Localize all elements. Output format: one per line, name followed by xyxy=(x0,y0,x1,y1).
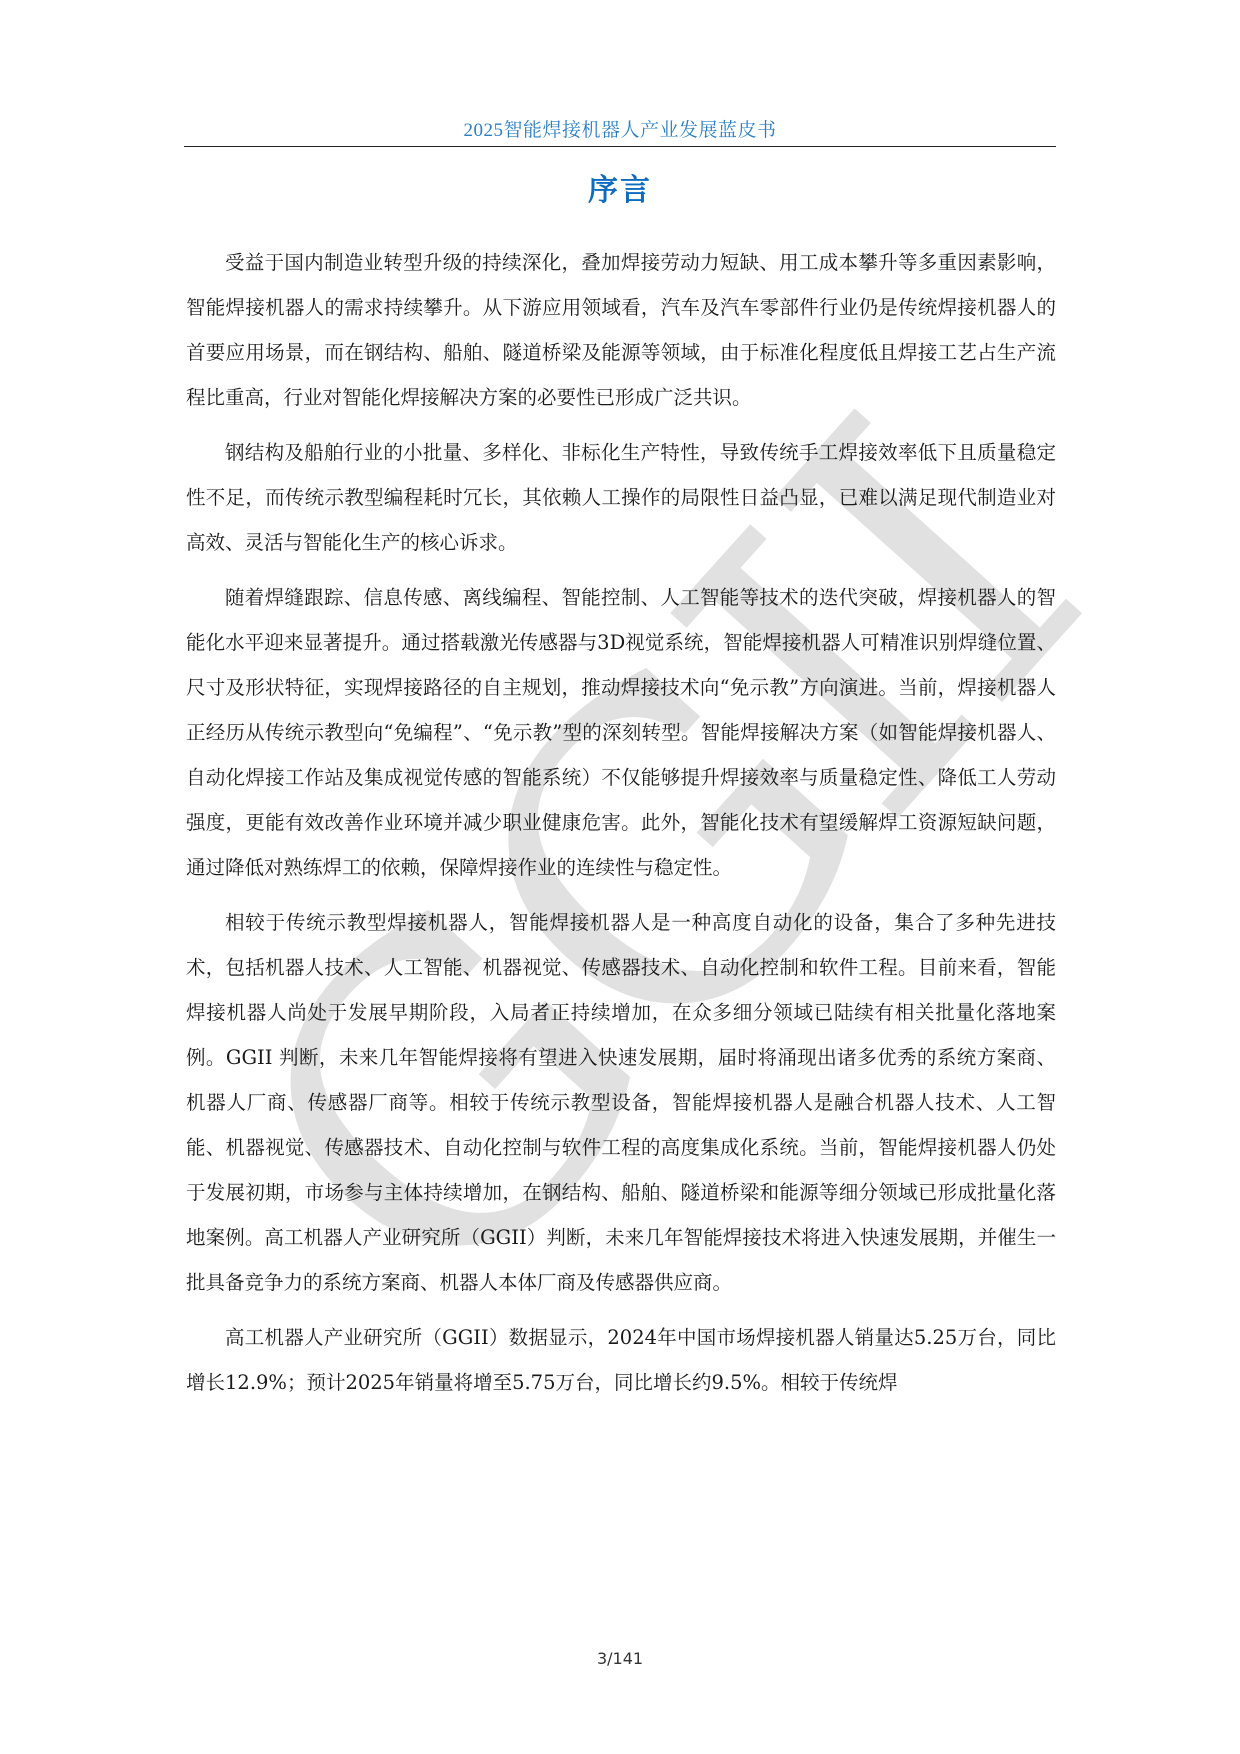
body-text: 受益于国内制造业转型升级的持续深化，叠加焊接劳动力短缺、用工成本攀升等多重因素影… xyxy=(186,240,1056,1415)
paragraph: 随着焊缝跟踪、信息传感、离线编程、智能控制、人工智能等技术的迭代突破，焊接机器人… xyxy=(186,575,1056,890)
document-page: GGII 2025智能焊接机器人产业发展蓝皮书 序言 受益于国内制造业转型升级的… xyxy=(0,0,1240,1754)
paragraph: 相较于传统示教型焊接机器人，智能焊接机器人是一种高度自动化的设备，集合了多种先进… xyxy=(186,900,1056,1305)
running-header: 2025智能焊接机器人产业发展蓝皮书 xyxy=(184,115,1056,142)
paragraph: 高工机器人产业研究所（GGII）数据显示，2024年中国市场焊接机器人销量达5.… xyxy=(186,1315,1056,1405)
header-divider xyxy=(184,146,1056,147)
paragraph: 受益于国内制造业转型升级的持续深化，叠加焊接劳动力短缺、用工成本攀升等多重因素影… xyxy=(186,240,1056,420)
page-number: 3/141 xyxy=(0,1649,1240,1668)
paragraph: 钢结构及船舶行业的小批量、多样化、非标化生产特性，导致传统手工焊接效率低下且质量… xyxy=(186,430,1056,565)
page-title: 序言 xyxy=(0,165,1240,209)
